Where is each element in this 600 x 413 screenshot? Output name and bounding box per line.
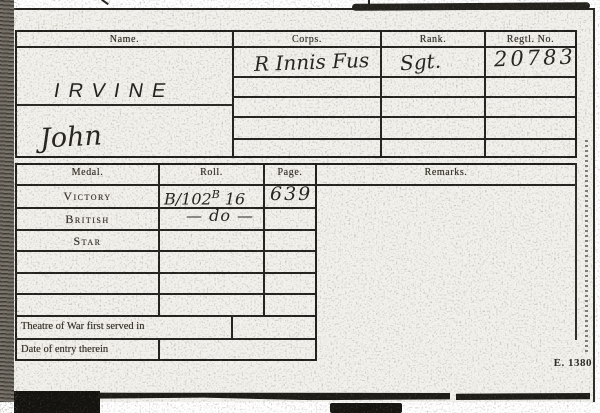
- medal-index-card-scan: Name. Corps. Rank. Regtl. No.: [0, 0, 600, 413]
- right-edge-marginalia-artifact: [585, 140, 588, 352]
- surname-handwriting: IRVINE: [52, 80, 176, 103]
- roll-header: Roll.: [160, 165, 265, 184]
- empty-cell: [486, 98, 575, 116]
- star-page-cell: [265, 231, 315, 250]
- empty-cell: [486, 78, 575, 96]
- empty-cell: [382, 140, 486, 156]
- empty-cell: [234, 78, 382, 96]
- british-page-cell: [265, 209, 315, 229]
- corps-header: Corps.: [234, 32, 382, 46]
- top-small-mark-artifact: [101, 0, 109, 5]
- date-of-entry-row: Date of entry therein: [17, 340, 315, 359]
- empty-cell: [17, 295, 160, 315]
- star-roll-cell: [160, 231, 265, 250]
- remarks-header: Remarks.: [317, 165, 575, 186]
- empty-cell: [234, 98, 382, 116]
- empty-cell: [265, 252, 315, 272]
- date-of-entry-value-cell: [160, 340, 315, 359]
- british-roll-ditto-handwriting: — do —: [186, 206, 254, 225]
- top-tick-artifact: [368, 0, 370, 8]
- victory-medal-label: Victory: [17, 186, 160, 207]
- roll-superscript: B: [212, 188, 220, 201]
- empty-cell: [234, 118, 382, 138]
- forename-handwriting: John: [39, 120, 102, 154]
- empty-cell: [486, 118, 575, 138]
- empty-cell: [160, 295, 265, 315]
- empty-cell: [265, 274, 315, 293]
- theatre-of-war-label: Theatre of War first served in: [17, 317, 233, 338]
- form-code: E. 1380: [548, 357, 592, 369]
- victory-page-handwriting: 639: [270, 183, 312, 205]
- rank-handwriting: Sgt.: [399, 49, 441, 76]
- star-medal-label: Star: [17, 231, 160, 250]
- empty-cell: [382, 98, 486, 116]
- empty-cell: [160, 274, 265, 293]
- empty-cell: [382, 118, 486, 138]
- empty-cell: [265, 295, 315, 315]
- empty-cell: [160, 252, 265, 272]
- empty-cell: [17, 274, 160, 293]
- bottom-center-blob-artifact: [330, 403, 402, 413]
- medal-header: Medal.: [17, 165, 160, 184]
- empty-cell: [382, 78, 486, 96]
- theatre-of-war-row: Theatre of War first served in: [17, 317, 315, 340]
- empty-cell: [17, 252, 160, 272]
- remarks-box: Remarks.: [317, 163, 577, 340]
- empty-cell: [234, 140, 382, 156]
- theatre-of-war-value-cell: [233, 317, 315, 338]
- name-header: Name.: [17, 32, 232, 48]
- empty-cell: [486, 140, 575, 156]
- corps-handwriting: R Innis Fus: [254, 48, 370, 76]
- british-medal-label: British: [17, 209, 160, 229]
- british-medal-row: British: [17, 209, 315, 231]
- star-medal-row: Star: [17, 231, 315, 252]
- bottom-band-right-artifact: [456, 393, 590, 400]
- regtl-no-header: Regtl. No.: [486, 32, 575, 46]
- left-edge-scan-artifact: [0, 0, 14, 402]
- page-header: Page.: [265, 165, 315, 184]
- regtl-no-handwriting: 20783: [494, 45, 577, 72]
- rank-header: Rank.: [382, 32, 486, 46]
- bottom-left-blob-artifact: [14, 391, 100, 413]
- date-of-entry-label: Date of entry therein: [17, 340, 160, 359]
